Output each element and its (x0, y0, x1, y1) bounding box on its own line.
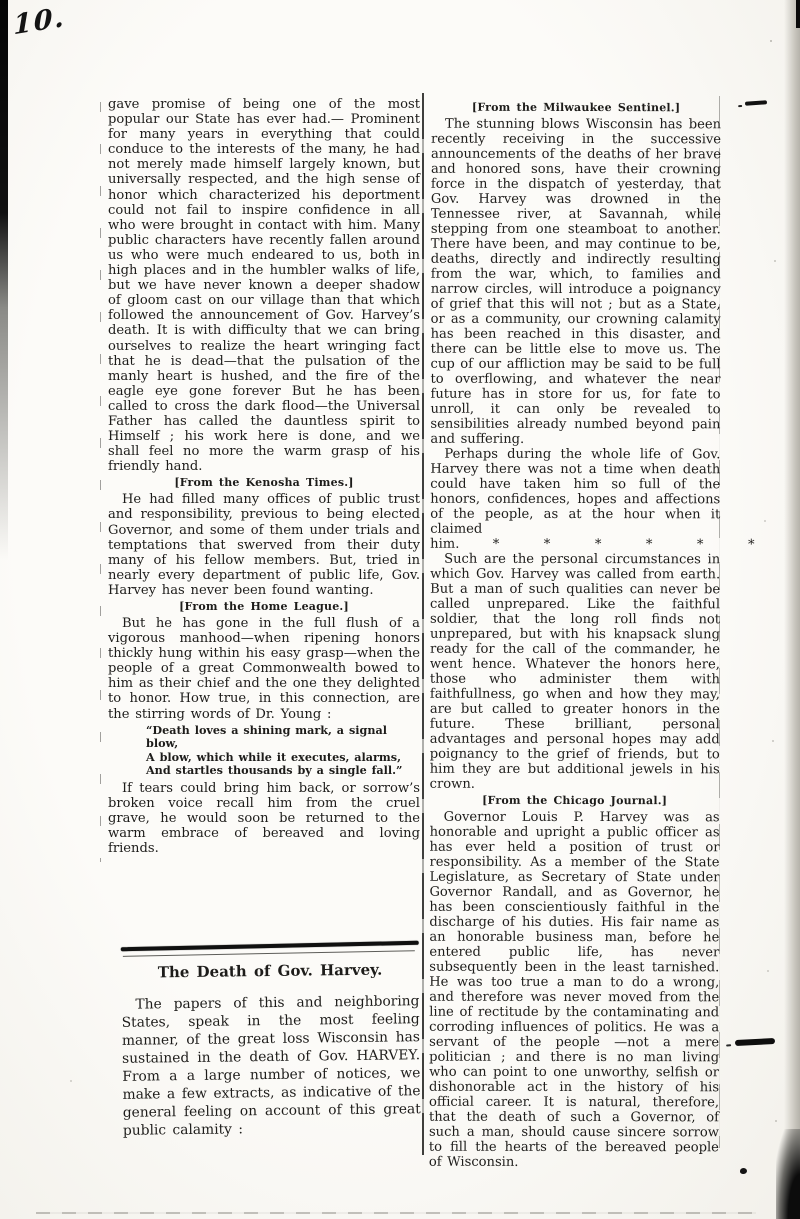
scan-noise-speckles (770, 40, 772, 42)
source-label-home-league: [From the Home League.] (108, 599, 420, 615)
column-divider-rule (422, 93, 424, 1155)
poem-line-2: A blow, which while it executes, alarms, (146, 751, 420, 765)
source-label-chicago-journal: [From the Chicago Journal.] (430, 793, 720, 810)
home-league-extract-paragraph: But he has gone in the full flush of a v… (108, 616, 420, 722)
scan-edge-right (784, 0, 800, 1219)
article-intro-paragraph: The papers of this and neighboring State… (121, 992, 421, 1140)
milwaukee-extract-paragraph-3: Such are the personal circumstances in w… (430, 552, 721, 793)
left-column: gave promise of being one of the most po… (108, 97, 420, 856)
margin-ink-dot (740, 1168, 747, 1174)
scan-corner-bottom-right (776, 1129, 800, 1219)
article-separator-thick-rule (121, 941, 419, 951)
poem-line-3: And startles thousands by a single fall.… (146, 764, 420, 778)
right-column: [From the Milwaukee Sentinel.] The stunn… (429, 99, 721, 1171)
source-label-kenosha-times: [From the Kenosha Times.] (108, 475, 420, 491)
left-column-faint-rule (100, 102, 101, 862)
quoted-poem: “Death loves a shining mark, a signal bl… (146, 724, 420, 778)
scan-page: 10. gave promise of being one of the mos… (0, 0, 800, 1219)
chicago-extract-paragraph: Governor Louis P. Harvey was as honorabl… (429, 810, 720, 1171)
kenosha-extract-paragraph: He had filled many offices of public tru… (108, 492, 420, 598)
handwritten-page-number: 10. (13, 2, 66, 42)
scan-edge-left (0, 0, 8, 560)
closing-paragraph: If tears could bring him back, or sorrow… (108, 781, 420, 856)
asterisk-separator-line: him. * * * * * * (430, 537, 720, 553)
margin-ink-dash-bottom (735, 1038, 775, 1046)
scan-corner-top-right (796, 0, 800, 28)
article-separator-thin-rule (123, 950, 415, 957)
left-continuation-paragraph: gave promise of being one of the most po… (108, 97, 420, 474)
poem-line-1: “Death loves a shining mark, a signal bl… (146, 724, 420, 751)
milwaukee-extract-paragraph-1: The stunning blows Wisconsin has been re… (430, 117, 721, 448)
milwaukee-extract-paragraph-2: Perhaps during the whole life of Gov. Ha… (430, 447, 720, 538)
scan-bottom-edge-line (36, 1212, 756, 1214)
death-of-gov-harvey-article: The Death of Gov. Harvey. The papers of … (121, 942, 422, 1153)
article-heading: The Death of Gov. Harvey. (121, 960, 419, 982)
source-label-milwaukee-sentinel: [From the Milwaukee Sentinel.] (431, 100, 721, 117)
margin-ink-dash-top (745, 100, 767, 106)
